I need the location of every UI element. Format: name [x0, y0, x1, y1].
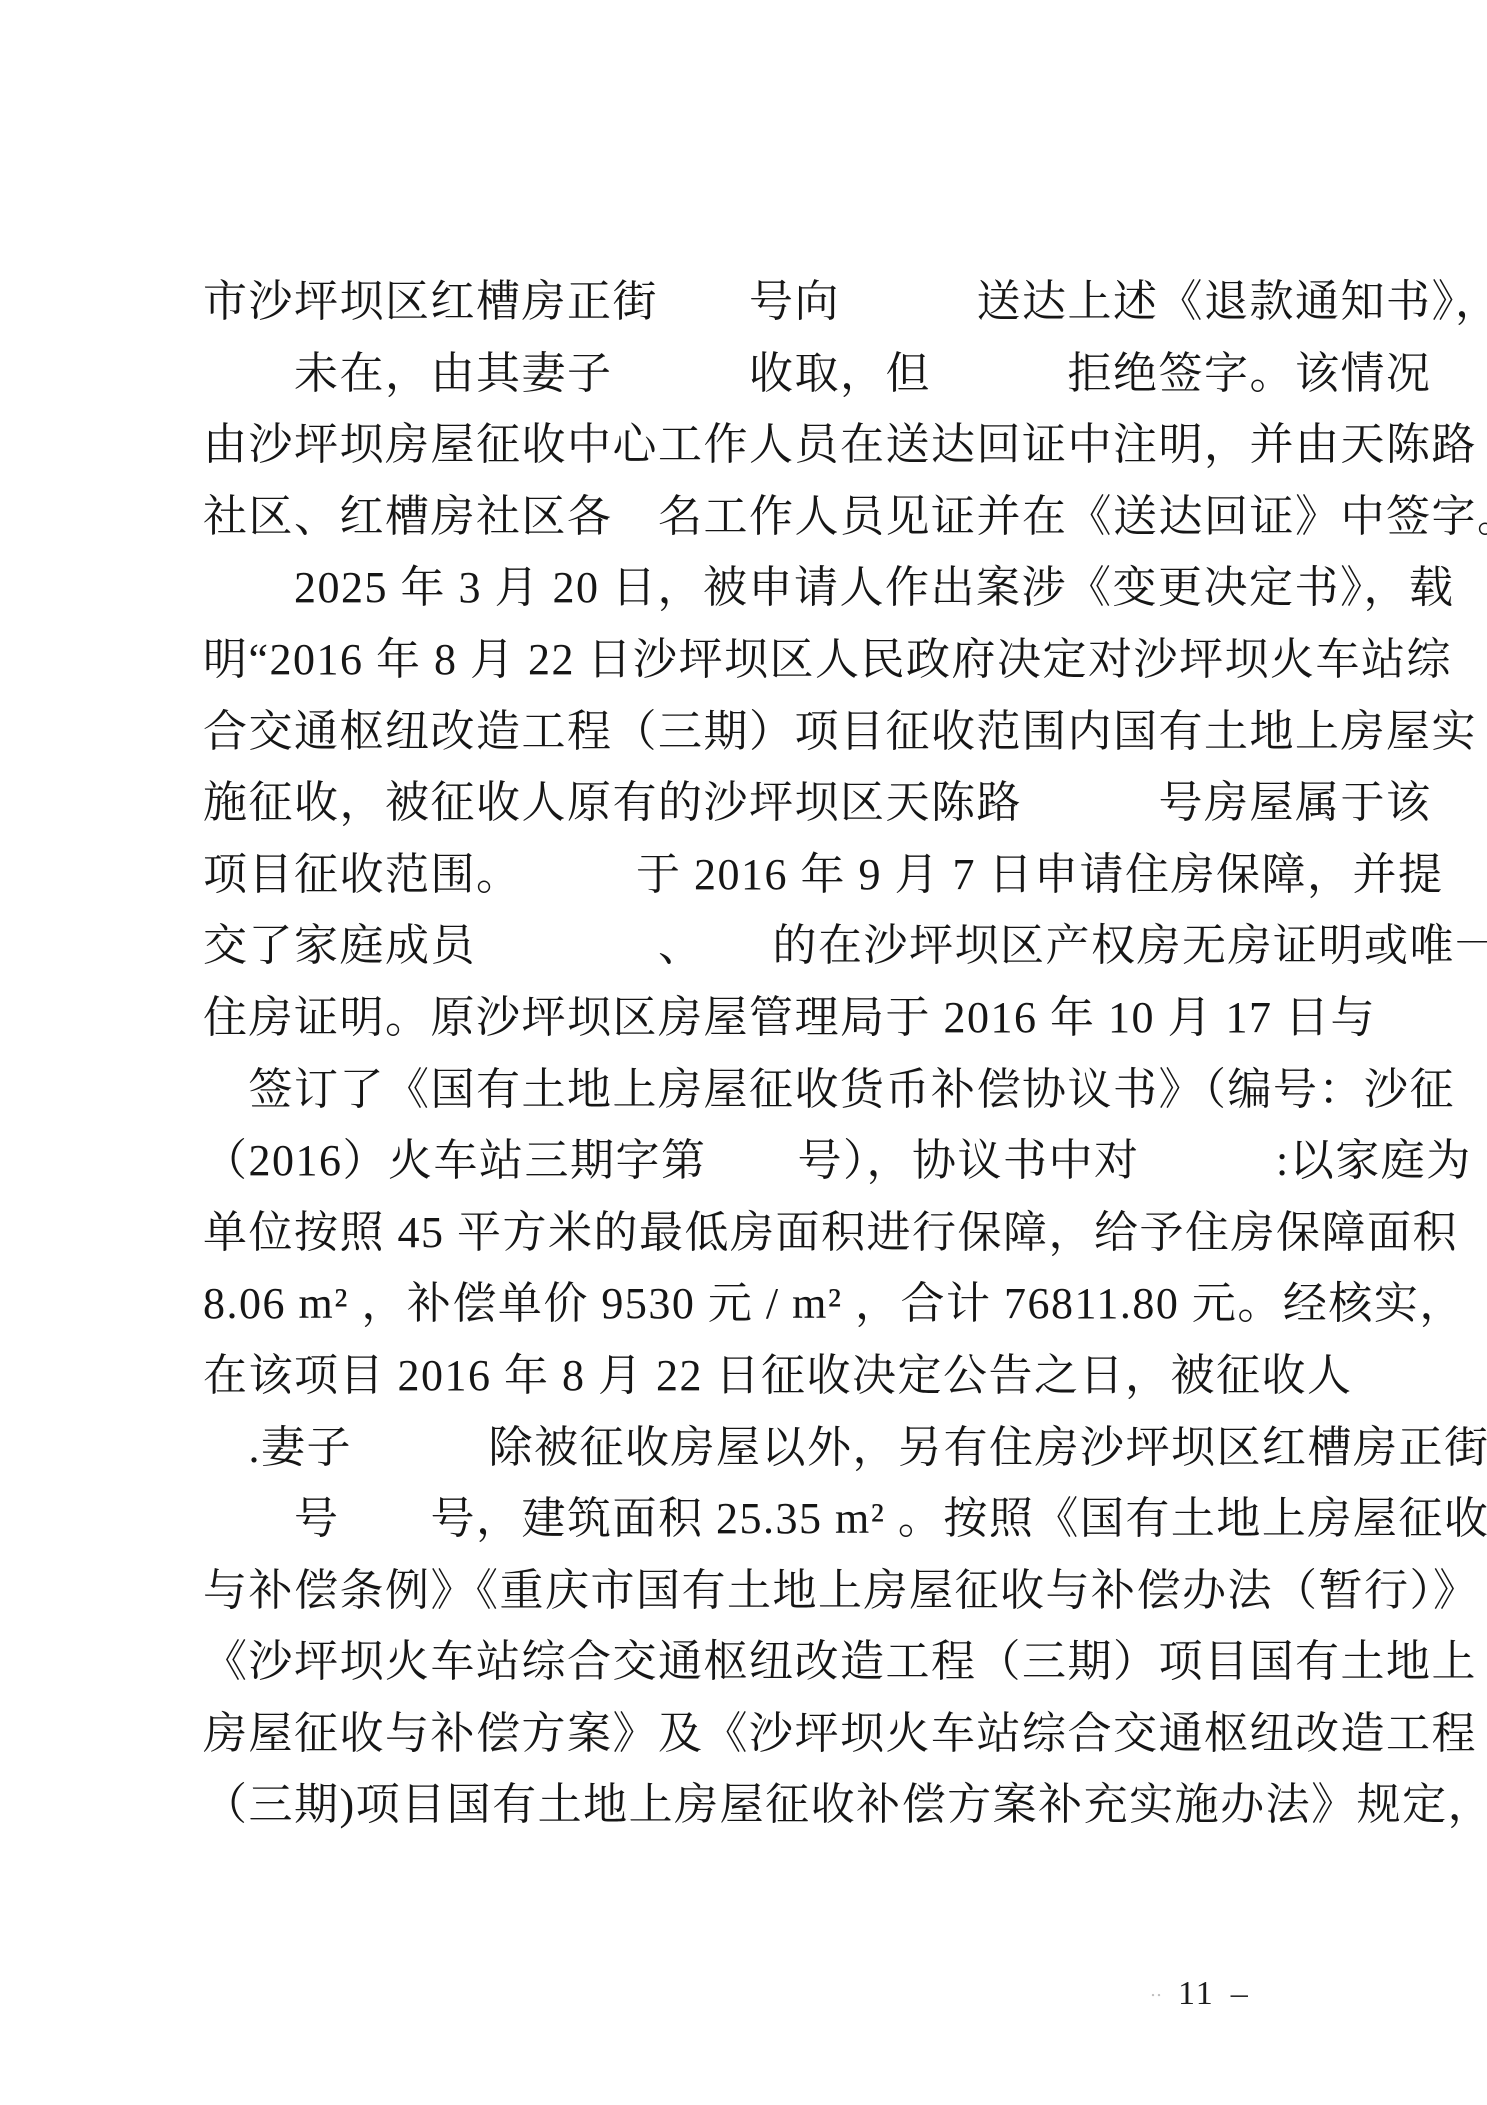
- scan-artifact-mark: ‥: [1150, 1980, 1162, 2001]
- document-page: 市沙坪坝区红槽房正街 号向 送达上述《退款通知书》， 未在，由其妻子 收取，但 …: [0, 0, 1487, 2105]
- page-number-dash: –: [1231, 1975, 1248, 2013]
- document-text-block: 市沙坪坝区红槽房正街 号向 送达上述《退款通知书》， 未在，由其妻子 收取，但 …: [203, 266, 1318, 1841]
- text-line: 交了家庭成员 、 的在沙坪坝区产权房无房证明或唯一: [203, 910, 1318, 982]
- text-line: 施征收，被征收人原有的沙坪坝区天陈路 号房屋属于该: [203, 767, 1318, 839]
- text-line: 住房证明。原沙坪坝区房屋管理局于 2016 年 10 月 17 日与: [203, 982, 1318, 1054]
- text-line: 社区、红槽房社区各 名工作人员见证并在《送达回证》中签字。: [203, 481, 1318, 553]
- text-line: 2025 年 3 月 20 日，被申请人作出案涉《变更决定书》，载: [203, 552, 1318, 624]
- text-line: （三期)项目国有土地上房屋征收补偿方案补充实施办法》规定，: [203, 1769, 1318, 1841]
- text-line: 明“2016 年 8 月 22 日沙坪坝区人民政府决定对沙坪坝火车站综: [203, 624, 1318, 696]
- text-line: 项目征收范围。 于 2016 年 9 月 7 日申请住房保障，并提: [203, 839, 1318, 911]
- text-line: 8.06 m² ，补偿单价 9530 元 / m² ，合计 76811.80 元…: [203, 1268, 1318, 1340]
- page-number-value: 11: [1178, 1975, 1215, 2013]
- text-line: 《沙坪坝火车站综合交通枢纽改造工程（三期）项目国有土地上: [203, 1626, 1318, 1698]
- text-line: 市沙坪坝区红槽房正街 号向 送达上述《退款通知书》，: [203, 266, 1318, 338]
- text-line: 单位按照 45 平方米的最低房面积进行保障，给予住房保障面积: [203, 1197, 1318, 1269]
- text-line: 合交通枢纽改造工程（三期）项目征收范围内国有土地上房屋实: [203, 696, 1318, 768]
- text-line: 由沙坪坝房屋征收中心工作人员在送达回证中注明，并由天陈路: [203, 409, 1318, 481]
- text-line: 在该项目 2016 年 8 月 22 日征收决定公告之日，被征收人: [203, 1340, 1318, 1412]
- page-number: ‥ 11 –: [1150, 1975, 1248, 2013]
- text-line: .妻子 除被征收房屋以外，另有住房沙坪坝区红槽房正街: [203, 1412, 1318, 1484]
- text-line: 未在，由其妻子 收取，但 拒绝签字。该情况: [203, 338, 1318, 410]
- text-line: 与补偿条例》《重庆市国有土地上房屋征收与补偿办法（暂行）》: [203, 1555, 1318, 1627]
- text-line: 房屋征收与补偿方案》及《沙坪坝火车站综合交通枢纽改造工程: [203, 1698, 1318, 1770]
- text-line: 号 号，建筑面积 25.35 m² 。按照《国有土地上房屋征收: [203, 1483, 1318, 1555]
- text-line: 签订了《国有土地上房屋征收货币补偿协议书》（编号：沙征: [203, 1054, 1318, 1126]
- text-line: （2016）火车站三期字第 号），协议书中对 :以家庭为: [203, 1125, 1318, 1197]
